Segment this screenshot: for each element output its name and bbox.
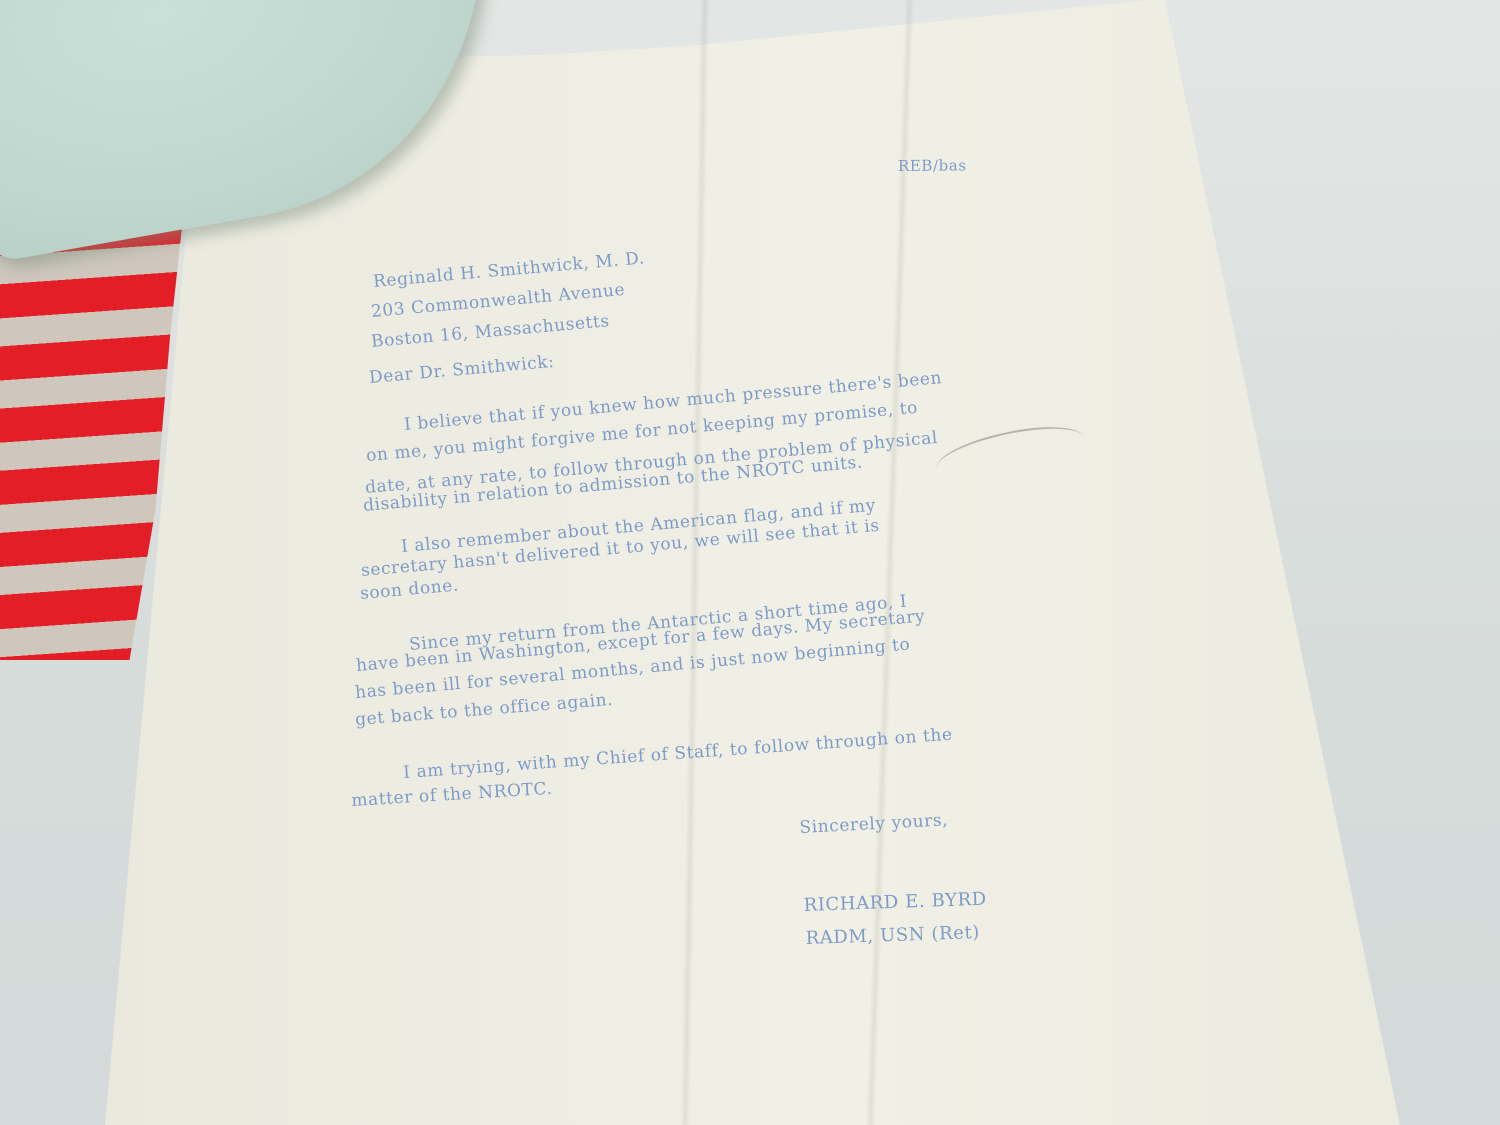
paragraph-4-line-2: matter of the NROTC. bbox=[351, 779, 553, 811]
closing: Sincerely yours, bbox=[799, 810, 949, 838]
paragraph-4-line-1: I am trying, with my Chief of Staff, to … bbox=[403, 725, 954, 783]
letter-text: REB/bas Reginald H. Smithwick, M. D. 203… bbox=[0, 0, 1500, 1125]
reference-initials: REB/bas bbox=[898, 156, 967, 175]
salutation: Dear Dr. Smithwick: bbox=[368, 352, 555, 388]
signature-name: RICHARD E. BYRD bbox=[803, 889, 987, 916]
signature-title: RADM, USN (Ret) bbox=[805, 922, 980, 949]
